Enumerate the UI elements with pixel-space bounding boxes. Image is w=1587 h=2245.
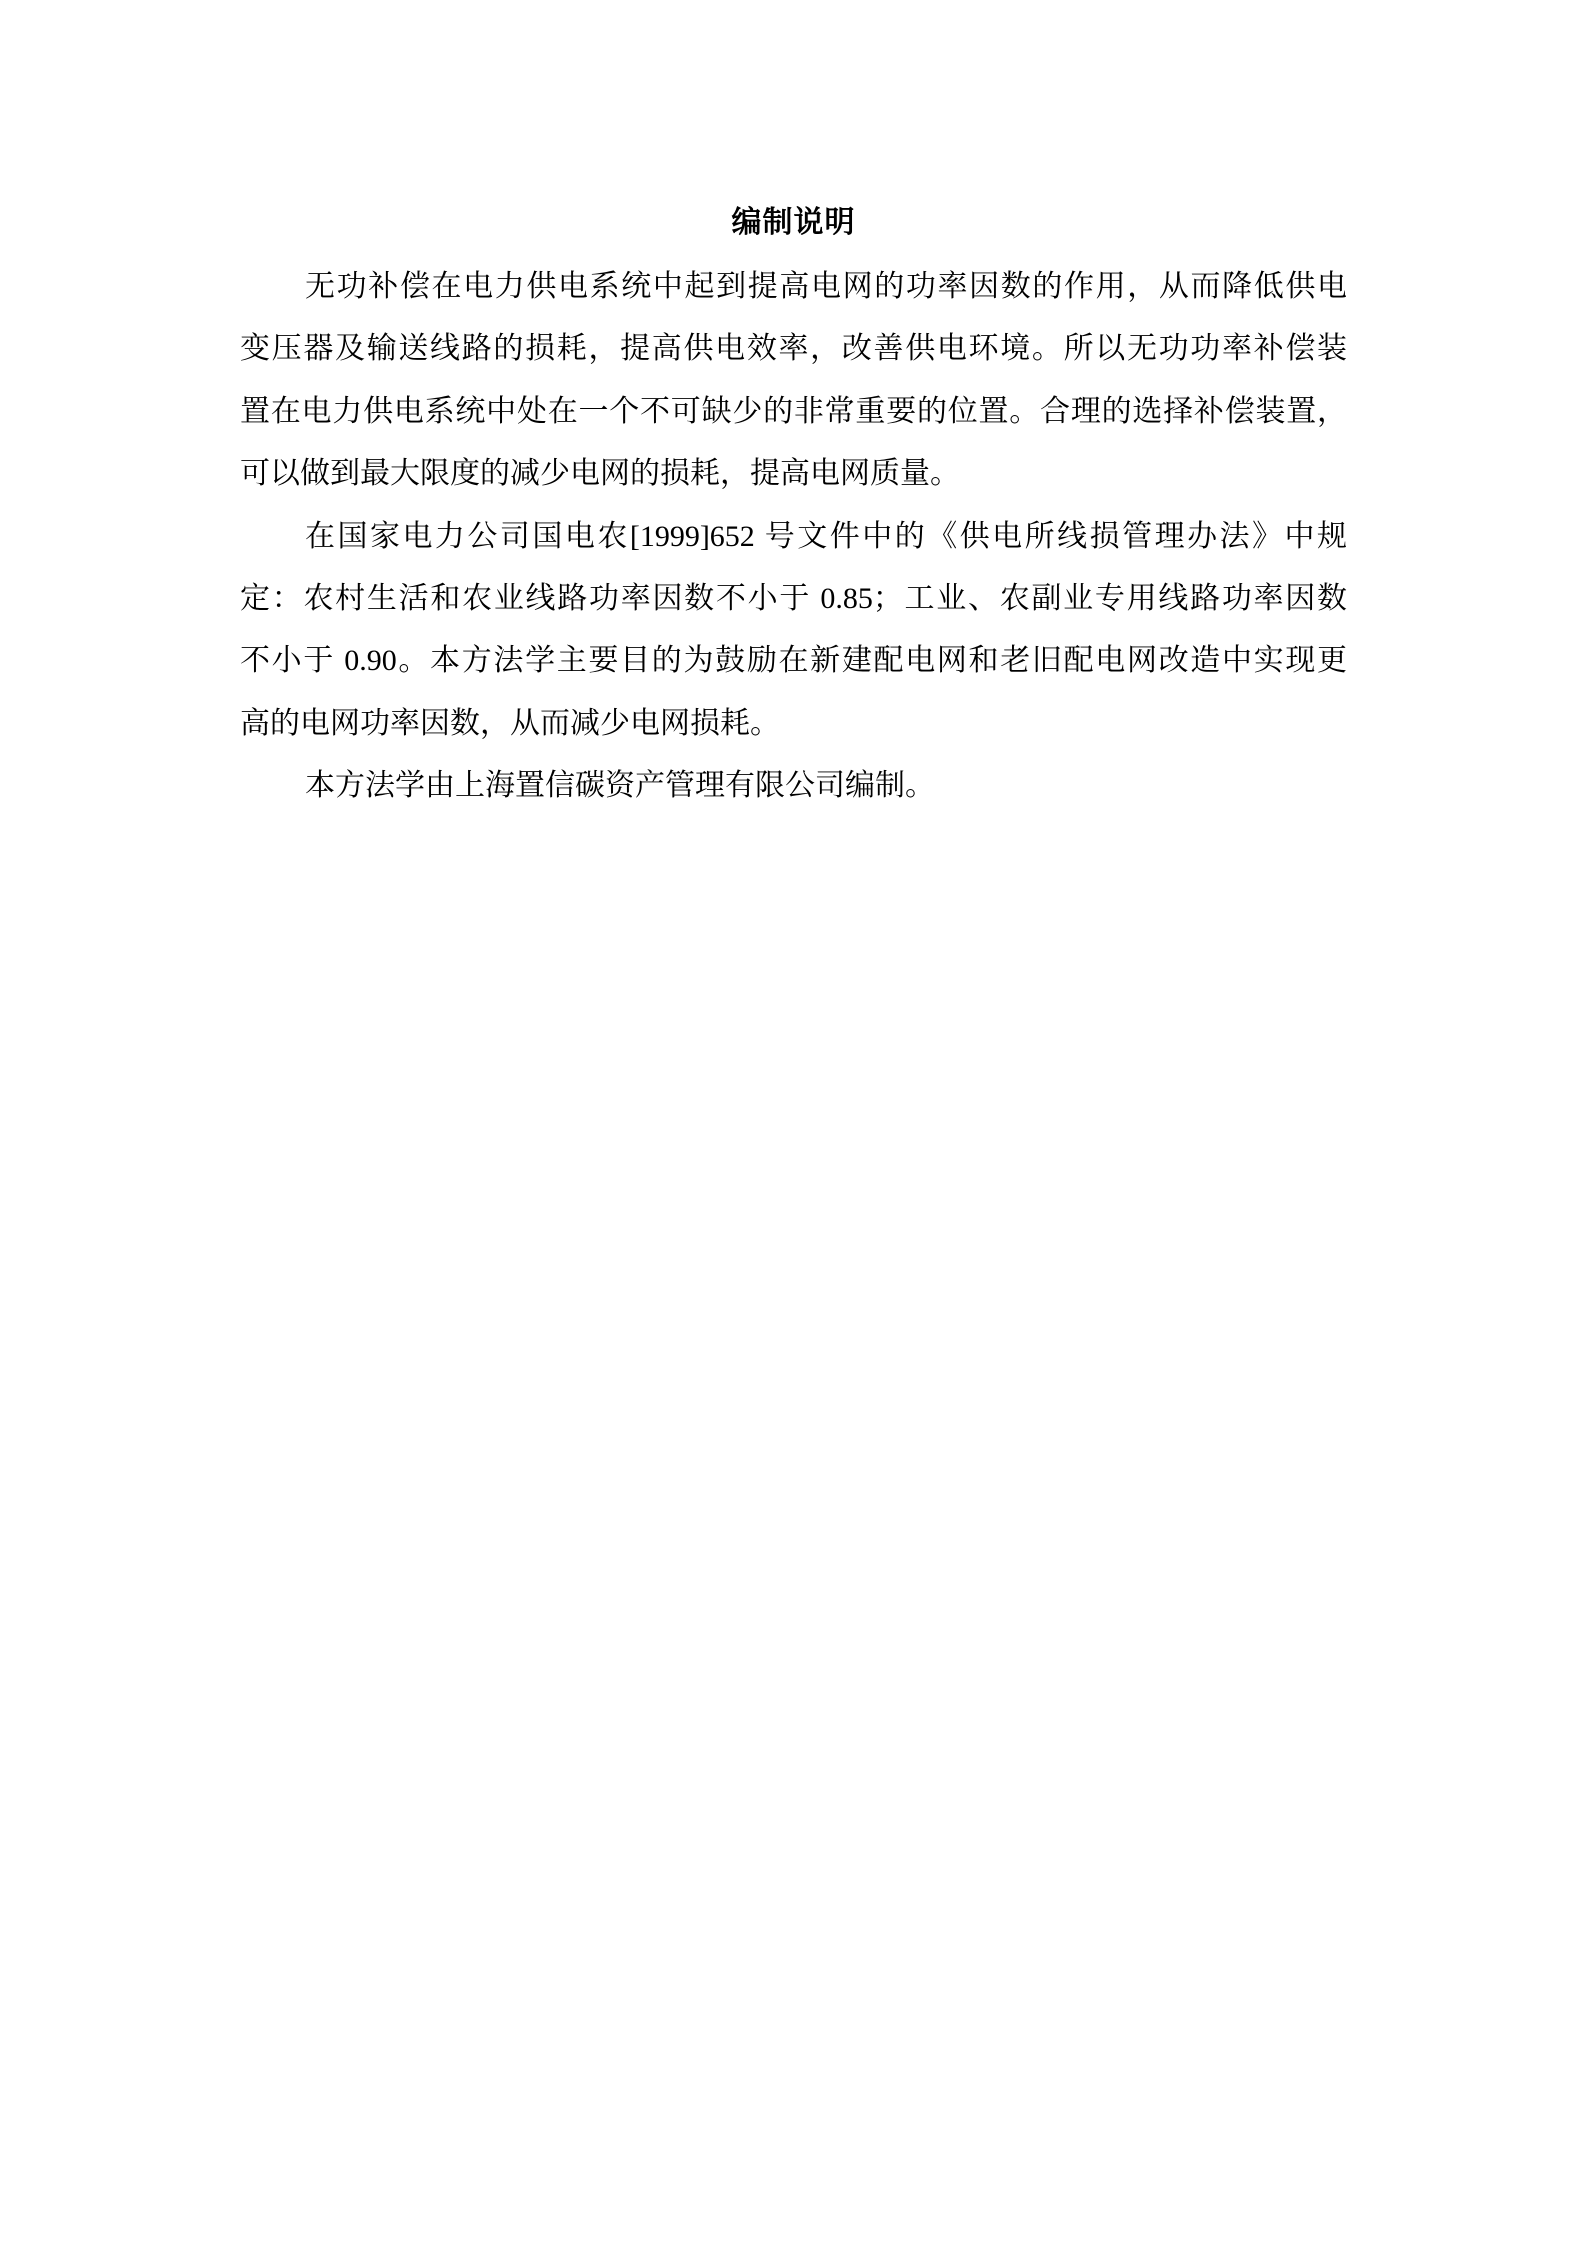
paragraph-line: 置在电力供电系统中处在一个不可缺少的非常重要的位置。合理的选择补偿装置， xyxy=(240,381,1347,443)
paragraph-author: 本方法学由上海置信碳资产管理有限公司编制。 xyxy=(240,755,1347,817)
paragraph-line: 定：农村生活和农业线路功率因数不小于 0.85；工业、农副业专用线路功率因数 xyxy=(240,568,1347,630)
page-title: 编制说明 xyxy=(0,203,1587,243)
paragraph-line: 在国家电力公司国电农[1999]652 号文件中的《供电所线损管理办法》中规 xyxy=(240,506,1347,568)
document-body: 无功补偿在电力供电系统中起到提高电网的功率因数的作用，从而降低供电 变压器及输送… xyxy=(240,256,1347,818)
paragraph-line: 可以做到最大限度的减少电网的损耗，提高电网质量。 xyxy=(240,443,1347,505)
paragraph-line: 无功补偿在电力供电系统中起到提高电网的功率因数的作用，从而降低供电 xyxy=(240,256,1347,318)
document-page: 编制说明 无功补偿在电力供电系统中起到提高电网的功率因数的作用，从而降低供电 变… xyxy=(0,0,1587,2245)
paragraph-line: 不小于 0.90。本方法学主要目的为鼓励在新建配电网和老旧配电网改造中实现更 xyxy=(240,630,1347,692)
paragraph-reactive-compensation: 无功补偿在电力供电系统中起到提高电网的功率因数的作用，从而降低供电 变压器及输送… xyxy=(240,256,1347,506)
paragraph-regulation: 在国家电力公司国电农[1999]652 号文件中的《供电所线损管理办法》中规 定… xyxy=(240,506,1347,756)
paragraph-line: 高的电网功率因数，从而减少电网损耗。 xyxy=(240,693,1347,755)
paragraph-line: 本方法学由上海置信碳资产管理有限公司编制。 xyxy=(240,755,1347,817)
paragraph-line: 变压器及输送线路的损耗，提高供电效率，改善供电环境。所以无功功率补偿装 xyxy=(240,318,1347,380)
